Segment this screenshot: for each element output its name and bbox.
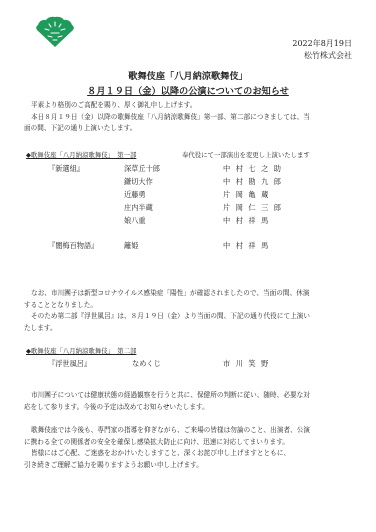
cast-play: 『浮世風呂』 xyxy=(48,358,91,370)
intro-p1: 平素より格別のご高配を賜り、厚く御礼申し上げます。 xyxy=(31,101,197,109)
absence-paragraph: なお、市川團子は新型コロナウイルス感染症「陽性」が確認されましたので、当面の間、… xyxy=(24,288,354,334)
closing-p3-line1: 皆様にはご心配、ご迷惑をおかけいたしますこと、深くお詫び申し上げますとともに、 xyxy=(31,449,290,457)
company-name: 松竹株式会社 xyxy=(292,50,352,62)
cast-play: 『闇梅百物語』 xyxy=(48,240,98,252)
cast-role: 娘八重 xyxy=(124,215,146,227)
issue-date: 2022年8月19日 xyxy=(292,38,352,50)
cast-play: 『新選組』 xyxy=(48,163,84,175)
middle-p1-line2: することとなりました。 xyxy=(24,300,354,312)
cast-role: 近藤勇 xyxy=(124,189,146,201)
cast-role: 庄内半蔵 xyxy=(124,202,153,214)
closing-paragraph-1: 市川團子については健康状態の経過観察を行うと共に、保健所の判断に従い、随時、必要… xyxy=(24,390,354,413)
intro-p2-line2: 面の間、下記の通り上演いたします。 xyxy=(24,123,354,135)
cast-actor: 中村祥馬 xyxy=(223,240,274,252)
middle-p2-line1: そのため第二部『浮世風呂』は、８月１９日（金）より当面の間、下記の通り代役にて上… xyxy=(31,312,310,320)
title-line-1: 歌舞伎座「八月納涼歌舞伎」 xyxy=(0,68,376,82)
closing-p2-line2: に携わる全ての関係者の安全を確保し感染拡大防止に向け、迅速に対応してまいります。 xyxy=(24,437,354,449)
section1-note: 奉代役にて一部演出を変更し上演いたします xyxy=(182,150,310,160)
shochiku-logo-icon xyxy=(34,16,76,48)
middle-p2-line2: たします。 xyxy=(24,323,354,335)
closing-p1-line1: 市川團子については健康状態の経過観察を行うと共に、保健所の判断に従い、随時、必要… xyxy=(31,391,310,399)
cast-actor: 中村祥馬 xyxy=(223,215,274,227)
cast-role: 鎌切大作 xyxy=(124,176,153,188)
closing-p2-line1: 歌舞伎座では今後も、専門家の指導を仰ぎながら、ご来場の皆様は勿論のこと、出演者、… xyxy=(31,426,310,434)
cast-actor: 市川笑野 xyxy=(223,358,274,370)
title-line-2: ８月１９日（金）以降の公演についてのお知らせ xyxy=(0,83,376,97)
intro-p2-line1: 本日８月１９日（金）以降の歌舞伎座「八月納涼歌舞伎」第一部、第二部につきましては… xyxy=(31,113,310,121)
section2-heading-row: ◆歌舞伎座「八月納涼歌舞伎」 第二部 xyxy=(26,346,136,356)
cast-actor: 片岡亀蔵 xyxy=(223,189,274,201)
section1-heading-row: ◆歌舞伎座「八月納涼歌舞伎」 第一部 奉代役にて一部演出を変更し上演いたします xyxy=(26,150,356,160)
closing-p1-line2: 応をして参ります。今後の予定は改めてお知らせいたします。 xyxy=(24,402,354,414)
intro-paragraph: 平素より格別のご高配を賜り、厚く御礼申し上げます。 本日８月１９日（金）以降の歌… xyxy=(24,100,354,135)
middle-p1-line1: なお、市川團子は新型コロナウイルス感染症「陽性」が確認されましたので、当面の間、… xyxy=(31,289,310,297)
cast-actor: 片岡仁三郎 xyxy=(223,202,286,214)
header-meta: 2022年8月19日 松竹株式会社 xyxy=(292,38,352,62)
section1-heading: ◆歌舞伎座「八月納涼歌舞伎」 第一部 xyxy=(26,151,136,159)
cast-role: 深草丘十郎 xyxy=(124,163,160,175)
closing-p3-line2: 引き続きご理解ご協力を賜りますようお願い申し上げます。 xyxy=(24,460,354,472)
cast-actor: 中村勘九郎 xyxy=(223,176,286,188)
section2-heading: ◆歌舞伎座「八月納涼歌舞伎」 第二部 xyxy=(26,347,136,355)
closing-paragraph-2: 歌舞伎座では今後も、専門家の指導を仰ぎながら、ご来場の皆様は勿論のこと、出演者、… xyxy=(24,425,354,471)
cast-role: なめくじ xyxy=(132,358,161,370)
cast-role: 籬姫 xyxy=(124,240,138,252)
cast-actor: 中村七之助 xyxy=(223,163,286,175)
